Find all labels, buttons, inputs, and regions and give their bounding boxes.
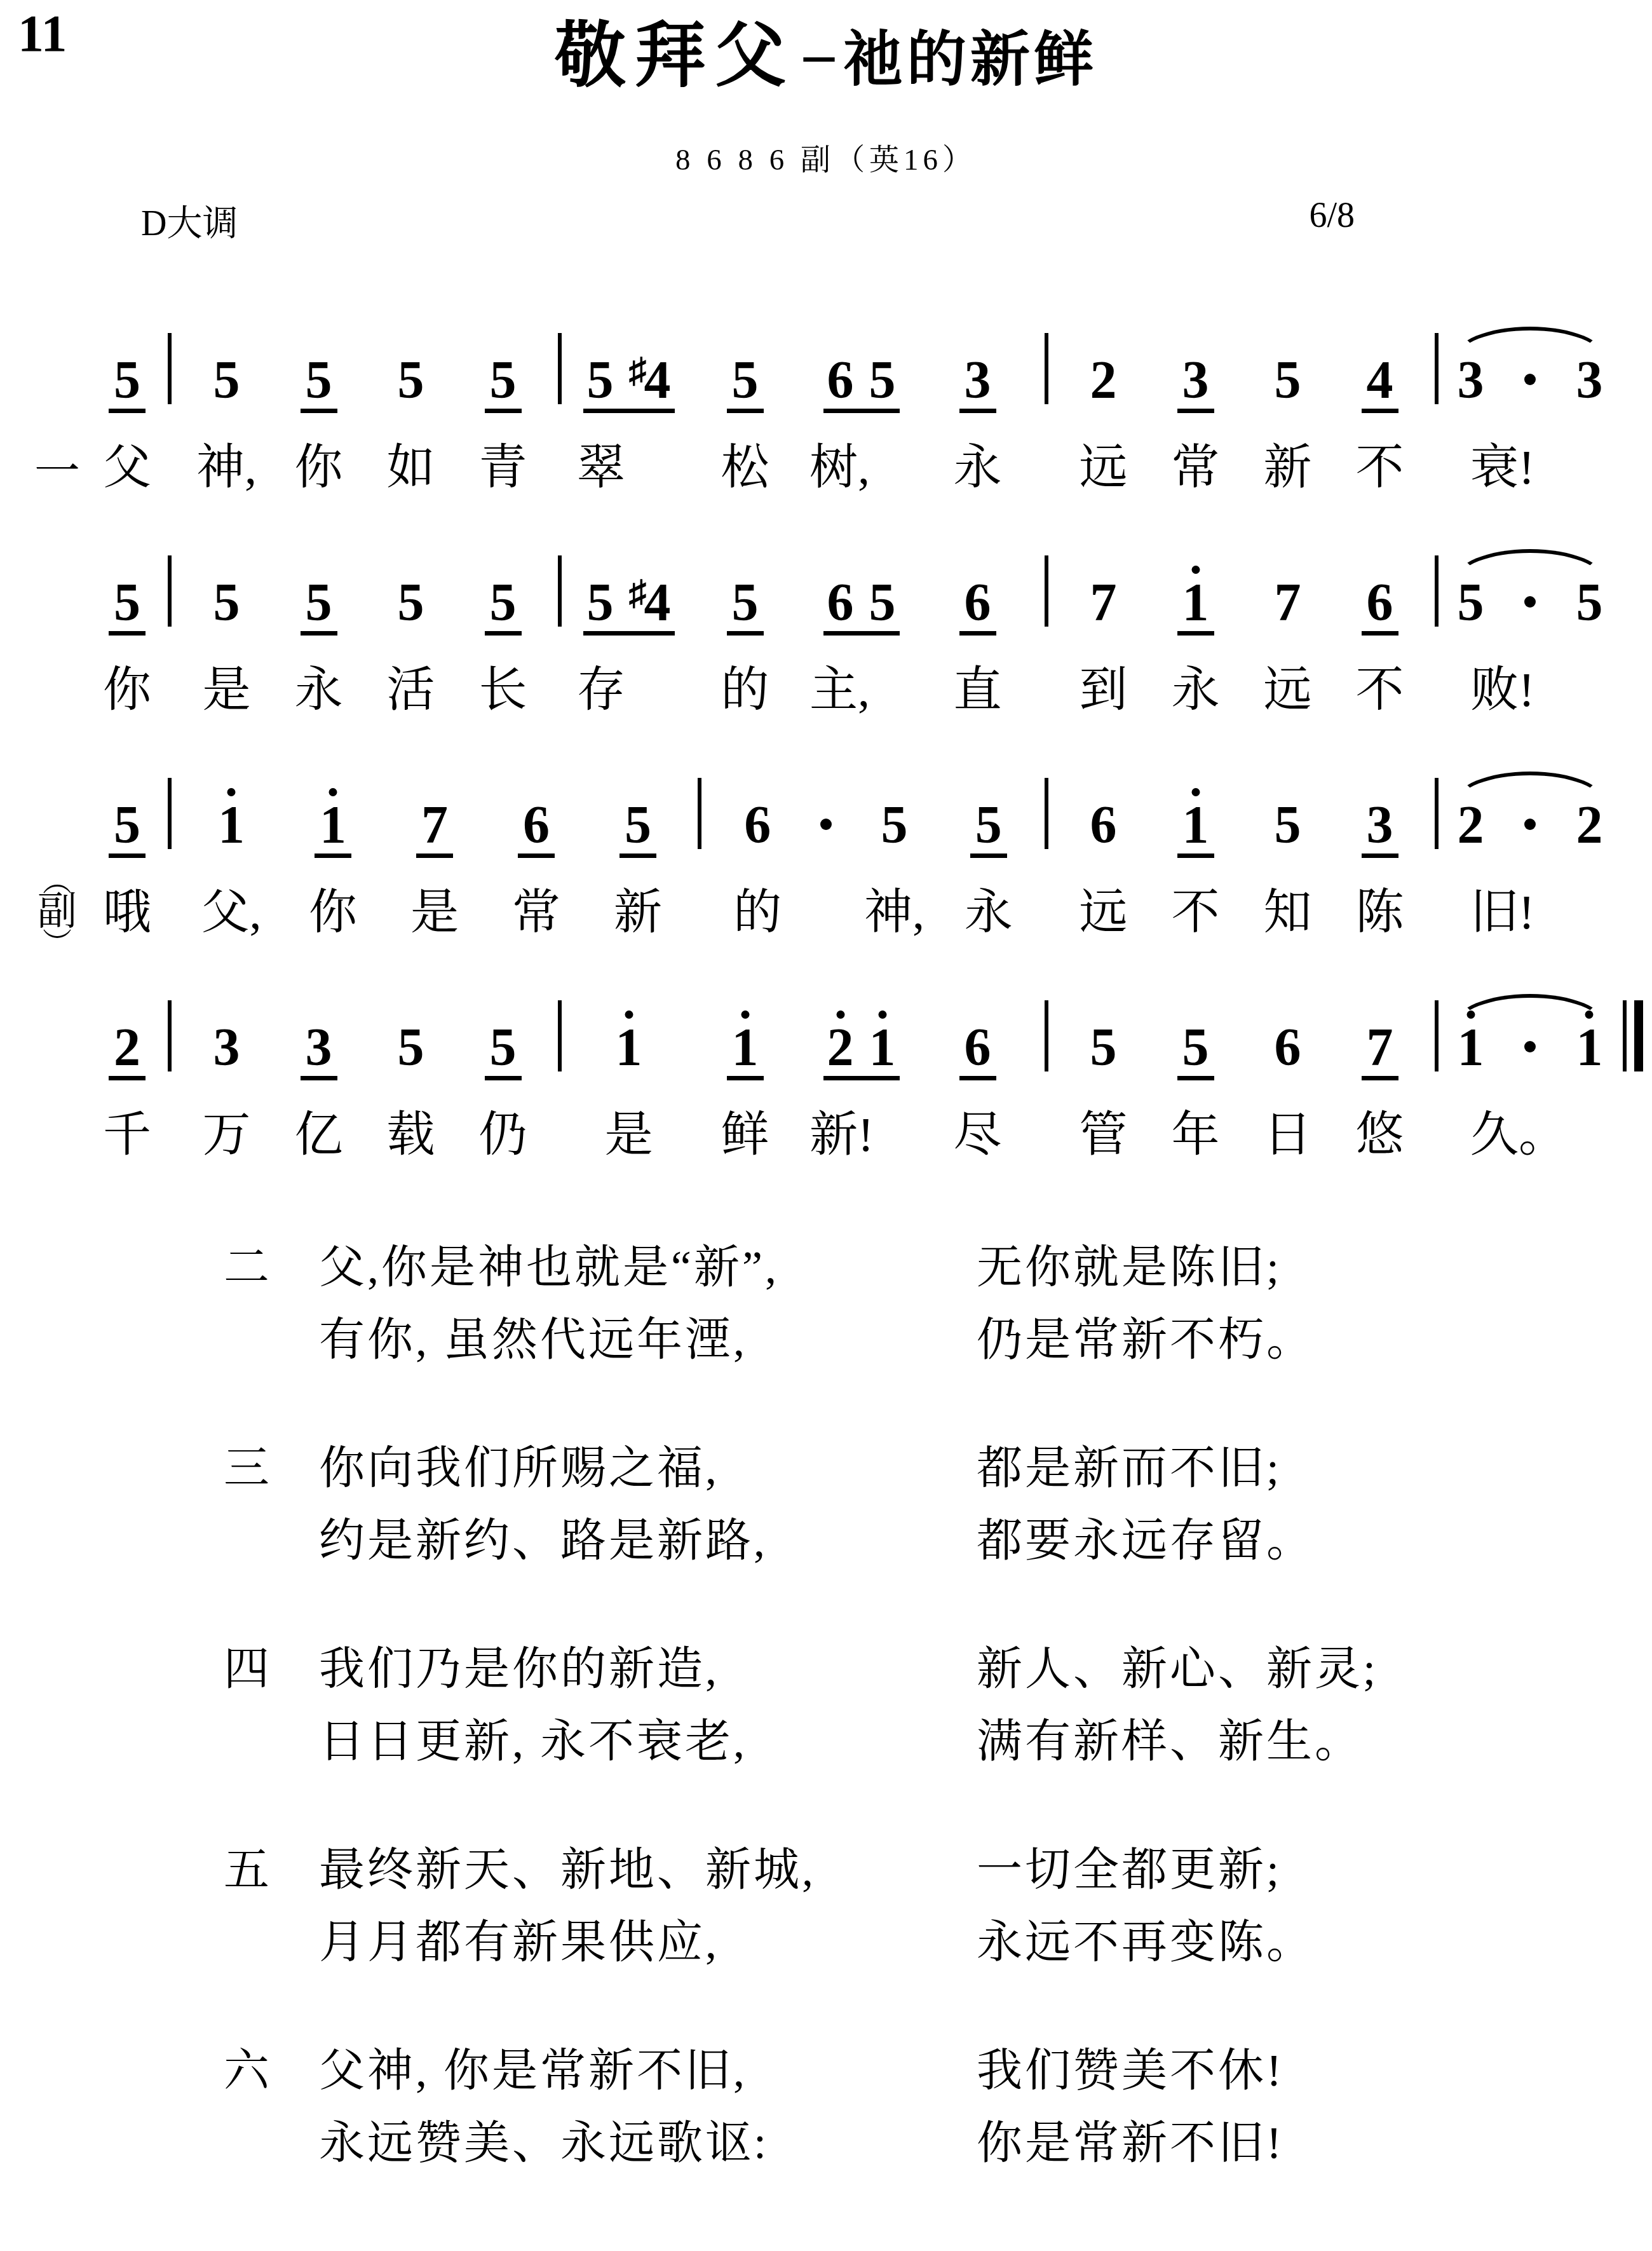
verse-text-left: 你向我们所赐之福, bbox=[319, 1432, 977, 1504]
barline bbox=[1045, 333, 1048, 404]
note-digit: ♯4 bbox=[629, 360, 671, 402]
lyric-syllable: 管 bbox=[1080, 1103, 1128, 1174]
hymn-number: 11 bbox=[18, 4, 67, 64]
tie-arc: 55 bbox=[1451, 582, 1609, 624]
final-barline bbox=[1613, 945, 1652, 1174]
measure: 7到1永7远6不 bbox=[1057, 500, 1426, 730]
verse: 五最终新天、新地、新城,一切全都更新;月月都有新果供应,永远不再变陈。 bbox=[224, 1833, 1652, 1978]
note-digit: 1 bbox=[1576, 1027, 1602, 1069]
note-column: 6的 bbox=[710, 723, 804, 952]
barline-column bbox=[159, 723, 180, 952]
note-column: 5父 bbox=[95, 278, 159, 507]
barline bbox=[168, 778, 172, 849]
key-signature: D大调 bbox=[141, 195, 238, 246]
lyric-syllable: 如 bbox=[387, 436, 435, 507]
beamed-note-group: 5♯4存 bbox=[571, 500, 687, 730]
note-column: 5仍 bbox=[457, 945, 549, 1174]
verse-text-right: 永远不再变陈。 bbox=[977, 1906, 1315, 1978]
barline-column bbox=[1036, 723, 1057, 952]
lyric-syllable: 知 bbox=[1264, 881, 1312, 952]
note-column: 5哦 bbox=[95, 723, 159, 952]
note-column: 5青 bbox=[457, 278, 549, 507]
note-digit: 7 bbox=[1367, 1027, 1393, 1069]
note-column: 5管 bbox=[1057, 945, 1149, 1174]
note-column: 5如 bbox=[365, 278, 457, 507]
note-column: 2远 bbox=[1057, 278, 1149, 507]
barline-column bbox=[1426, 945, 1447, 1174]
lyric-syllable: 是 bbox=[605, 1103, 653, 1174]
verse-line: 三你向我们所赐之福,都是新而不旧; bbox=[224, 1432, 1652, 1504]
note-digit: 5 bbox=[213, 360, 240, 402]
note-digit: 5 bbox=[869, 582, 896, 624]
lyric-syllable: 千 bbox=[103, 1103, 151, 1174]
note-digit: 7 bbox=[1090, 582, 1117, 624]
lyric-syllable: 永 bbox=[954, 436, 1002, 507]
note-digit: 5 bbox=[1090, 1027, 1117, 1069]
augmentation-dot bbox=[1524, 596, 1536, 608]
note-column: 6远 bbox=[1057, 723, 1149, 952]
note-column: 7到 bbox=[1057, 500, 1149, 730]
barline bbox=[168, 1000, 172, 1071]
barline bbox=[1435, 333, 1439, 404]
note-digit: 3 bbox=[1367, 805, 1393, 847]
note-column: 1是 bbox=[571, 945, 687, 1174]
note-digit: 1 bbox=[218, 805, 245, 847]
note-digit: 1 bbox=[869, 1027, 896, 1069]
tie-arc: 22 bbox=[1451, 805, 1609, 847]
note-column: 3亿 bbox=[273, 945, 365, 1174]
vertical-paren-open-icon: ︵ bbox=[43, 871, 72, 892]
note-digit: 3 bbox=[306, 1027, 332, 1069]
lyric-syllable: 旧! bbox=[1447, 881, 1534, 952]
verse: 四我们乃是你的新造,新人、新心、新灵;日日更新, 永不衰老,满有新样、新生。 bbox=[224, 1633, 1652, 1778]
verse-text-left: 永远赞美、永远歌讴: bbox=[319, 2107, 977, 2179]
note-digit: 3 bbox=[1458, 360, 1484, 402]
note-digit: 7 bbox=[1275, 582, 1301, 624]
verse-text-right: 新人、新心、新灵; bbox=[977, 1633, 1378, 1705]
note-digit: 5 bbox=[398, 582, 424, 624]
lyric-syllable: 父, bbox=[201, 881, 262, 952]
barline-column bbox=[549, 500, 571, 730]
key-row: D大调 6/8 bbox=[0, 179, 1652, 246]
lyric-syllable: 万 bbox=[203, 1103, 251, 1174]
barline-column bbox=[549, 278, 571, 507]
barline bbox=[1435, 555, 1439, 627]
note-column: 5是 bbox=[180, 500, 273, 730]
note-digit: 6 bbox=[744, 805, 771, 847]
lyric-syllable: 永 bbox=[295, 658, 343, 730]
note-column: 6尽 bbox=[919, 945, 1036, 1174]
verse: 六父神, 你是常新不旧,我们赞美不休!永远赞美、永远歌讴:你是常新不旧! bbox=[224, 2034, 1652, 2179]
barline bbox=[168, 555, 172, 627]
music-notation: 一5父5神,5你5如5青5♯4翠5松65树,3永2远3常5新4不33衰!5你5是… bbox=[0, 246, 1652, 1167]
verse-line: 五最终新天、新地、新城,一切全都更新; bbox=[224, 1833, 1652, 1906]
chorus-marker: ︵副︶ bbox=[37, 871, 77, 953]
note-digit: 5 bbox=[306, 582, 332, 624]
verse: 二父,你是神也就是“新”,无你就是陈旧;有你, 虽然代远年湮,仍是常新不朽。 bbox=[224, 1231, 1652, 1376]
verse-text-right: 满有新样、新生。 bbox=[977, 1705, 1363, 1778]
lyric-syllable: 陈 bbox=[1356, 881, 1404, 952]
verse-number: 六 bbox=[224, 2034, 319, 2107]
verse-text-right: 仍是常新不朽。 bbox=[977, 1303, 1315, 1376]
measure: 11久。 bbox=[1447, 945, 1613, 1174]
lyric-syllable: 父 bbox=[103, 436, 151, 507]
note-column: 5知 bbox=[1242, 723, 1334, 952]
barline-column bbox=[1426, 500, 1447, 730]
barline-column bbox=[1426, 723, 1447, 952]
verse-text-left: 我们乃是你的新造, bbox=[319, 1633, 977, 1705]
page-title: 敬拜父–祂的新鲜 bbox=[0, 9, 1652, 121]
augmentation-dot bbox=[1524, 1041, 1536, 1052]
lyric-syllable: 亿 bbox=[295, 1103, 343, 1174]
lyric-syllable: 直 bbox=[954, 658, 1002, 730]
lyric-syllable: 翠 bbox=[571, 436, 625, 507]
lyric-syllable: 远 bbox=[1264, 658, 1312, 730]
lyric-syllable: 不 bbox=[1356, 436, 1404, 507]
note-digit: 5 bbox=[587, 360, 614, 402]
lyric-syllable: 仍 bbox=[479, 1103, 527, 1174]
measure: 5神,5你5如5青 bbox=[180, 278, 549, 507]
stanza-marker-label: ︵副︶ bbox=[37, 881, 77, 952]
note-column: 3永 bbox=[919, 278, 1036, 507]
barline-column bbox=[159, 500, 180, 730]
lyric-syllable: 新 bbox=[614, 881, 662, 952]
lyric-syllable: 尽 bbox=[954, 1103, 1002, 1174]
note-column: 5长 bbox=[457, 500, 549, 730]
note-column: 5的 bbox=[687, 500, 803, 730]
note-digit: 5 bbox=[398, 1027, 424, 1069]
measure: 5♯4存5的65主,6直 bbox=[571, 500, 1036, 730]
note-column: 1父, bbox=[180, 723, 282, 952]
note-digit: 6 bbox=[1090, 805, 1117, 847]
music-system: ︵副︶5哦1父,1你7是6常5新6的5神,5永6远1不5知3陈22旧! bbox=[19, 723, 1652, 945]
measure: 5是5永5活5长 bbox=[180, 500, 549, 730]
final-barline-thick bbox=[1634, 1000, 1643, 1071]
time-signature: 6/8 bbox=[1309, 195, 1355, 246]
lyric-syllable: 常 bbox=[512, 881, 560, 952]
note-digit: 5 bbox=[1275, 805, 1301, 847]
barline bbox=[1435, 1000, 1439, 1071]
verse-text-left: 日日更新, 永不衰老, bbox=[319, 1705, 977, 1778]
note-digit: 3 bbox=[213, 1027, 240, 1069]
barline-column bbox=[1426, 278, 1447, 507]
stanza-marker bbox=[19, 945, 95, 1174]
augmentation-dot bbox=[1524, 374, 1536, 385]
note-column: 5活 bbox=[365, 500, 457, 730]
note-digit: 1 bbox=[1458, 1027, 1484, 1069]
verse-line: 六父神, 你是常新不旧,我们赞美不休! bbox=[224, 2034, 1652, 2107]
verse-text-left: 约是新约、路是新路, bbox=[319, 1504, 977, 1577]
stanza-marker: 一 bbox=[19, 278, 95, 507]
barline-column bbox=[549, 945, 571, 1174]
barline-column bbox=[1036, 945, 1057, 1174]
note-digit: 5 bbox=[490, 1027, 517, 1069]
note-digit: 6 bbox=[1275, 1027, 1301, 1069]
lyric-syllable: 你 bbox=[103, 658, 151, 730]
note-column: 5永 bbox=[273, 500, 365, 730]
lyric-syllable: 日 bbox=[1264, 1103, 1312, 1174]
meter-line: 8 6 8 6 副（英16） bbox=[0, 136, 1652, 179]
note-column: 6常 bbox=[485, 723, 587, 952]
note-digit: 6 bbox=[523, 805, 550, 847]
note-column: 2千 bbox=[95, 945, 159, 1174]
verse-text-right: 你是常新不旧! bbox=[977, 2107, 1284, 2179]
note-column: 3常 bbox=[1149, 278, 1242, 507]
stanza-marker: ︵副︶ bbox=[19, 723, 95, 952]
lyric-syllable: 败! bbox=[1447, 658, 1534, 730]
measure: 5父 bbox=[95, 278, 159, 507]
note-column: 6日 bbox=[1242, 945, 1334, 1174]
note-digit: 5 bbox=[306, 360, 332, 402]
note-column: 5载 bbox=[365, 945, 457, 1174]
barline-column bbox=[1036, 278, 1057, 507]
note-digit: 5 bbox=[1576, 582, 1602, 624]
barline bbox=[558, 1000, 562, 1071]
lyric-syllable: 松 bbox=[721, 436, 769, 507]
barline-column bbox=[159, 278, 180, 507]
verse-number bbox=[224, 1303, 319, 1376]
note-digit: 5 bbox=[625, 805, 651, 847]
barline bbox=[1045, 1000, 1048, 1071]
verse-text-left: 月月都有新果供应, bbox=[319, 1906, 977, 1978]
augmentation-dot bbox=[820, 819, 832, 830]
verses: 二父,你是神也就是“新”,无你就是陈旧;有你, 虽然代远年湮,仍是常新不朽。三你… bbox=[0, 1167, 1652, 2179]
lyric-syllable: 鲜 bbox=[721, 1103, 769, 1174]
lyric-syllable: 不 bbox=[1172, 881, 1220, 952]
note-column: 5年 bbox=[1149, 945, 1242, 1174]
barline bbox=[1435, 778, 1439, 849]
beamed-note-group: 21新! bbox=[803, 945, 919, 1174]
measure: 1父,1你7是6常5新 bbox=[180, 723, 689, 952]
tied-note-group: 33衰! bbox=[1447, 278, 1613, 507]
lyric-syllable: 远 bbox=[1080, 436, 1128, 507]
augmentation-dot bbox=[1524, 819, 1536, 830]
note-digit: ♯4 bbox=[629, 582, 671, 624]
verse-line: 二父,你是神也就是“新”,无你就是陈旧; bbox=[224, 1231, 1652, 1303]
barline bbox=[1045, 778, 1048, 849]
verse-text-left: 最终新天、新地、新城, bbox=[319, 1833, 977, 1906]
lyric-syllable: 树, bbox=[803, 436, 870, 507]
note-column: 5你 bbox=[273, 278, 365, 507]
measure: 3万3亿5载5仍 bbox=[180, 945, 549, 1174]
note-column: 5你 bbox=[95, 500, 159, 730]
note-digit: 5 bbox=[114, 582, 140, 624]
lyric-syllable: 不 bbox=[1356, 658, 1404, 730]
note-digit: 5 bbox=[490, 582, 517, 624]
augmentation-dot-cell bbox=[804, 723, 847, 952]
note-column: 6不 bbox=[1334, 500, 1426, 730]
note-column: 4不 bbox=[1334, 278, 1426, 507]
note-digit: 2 bbox=[114, 1027, 140, 1069]
barline-column bbox=[159, 945, 180, 1174]
verse-number bbox=[224, 1504, 319, 1577]
note-digit: 6 bbox=[827, 360, 854, 402]
beamed-note-group: 65树, bbox=[803, 278, 919, 507]
verse-number: 五 bbox=[224, 1833, 319, 1906]
note-column: 5神, bbox=[847, 723, 941, 952]
verse-number bbox=[224, 2107, 319, 2179]
verse-line: 永远赞美、永远歌讴:你是常新不旧! bbox=[224, 2107, 1652, 2179]
note-digit: 6 bbox=[965, 582, 991, 624]
measure: 1是1鲜21新!6尽 bbox=[571, 945, 1036, 1174]
note-digit: 5 bbox=[490, 360, 517, 402]
note-digit: 4 bbox=[1367, 360, 1393, 402]
lyric-syllable: 到 bbox=[1080, 658, 1128, 730]
barline bbox=[558, 333, 562, 404]
lyric-syllable: 永 bbox=[1172, 658, 1220, 730]
verse-text-left: 父,你是神也就是“新”, bbox=[319, 1231, 977, 1303]
lyric-syllable: 你 bbox=[295, 436, 343, 507]
note-digit: 2 bbox=[1090, 360, 1117, 402]
note-digit: 5 bbox=[1182, 1027, 1209, 1069]
verse-number bbox=[224, 1906, 319, 1978]
tie-arc: 11 bbox=[1451, 1027, 1609, 1069]
note-digit: 5 bbox=[1275, 360, 1301, 402]
lyric-syllable: 神, bbox=[864, 881, 924, 952]
lyric-syllable: 新 bbox=[1264, 436, 1312, 507]
title-dash: – bbox=[804, 19, 834, 87]
note-digit: 3 bbox=[1182, 360, 1209, 402]
note-digit: 5 bbox=[114, 805, 140, 847]
note-digit: 2 bbox=[1458, 805, 1484, 847]
note-digit: 1 bbox=[320, 805, 346, 847]
note-digit: 5 bbox=[1458, 582, 1484, 624]
note-digit: 5 bbox=[881, 805, 907, 847]
note-digit: 2 bbox=[1576, 805, 1602, 847]
lyric-syllable: 常 bbox=[1172, 436, 1220, 507]
verse: 三你向我们所赐之福,都是新而不旧;约是新约、路是新路,都要永远存留。 bbox=[224, 1432, 1652, 1577]
verse-line: 月月都有新果供应,永远不再变陈。 bbox=[224, 1906, 1652, 1978]
barline bbox=[698, 778, 701, 849]
lyric-syllable: 是 bbox=[410, 881, 459, 952]
note-column: 5神, bbox=[180, 278, 273, 507]
note-column: 1不 bbox=[1149, 723, 1242, 952]
measure: 22旧! bbox=[1447, 723, 1613, 952]
lyric-syllable: 的 bbox=[733, 881, 782, 952]
verse-number bbox=[224, 1705, 319, 1778]
verse-text-right: 无你就是陈旧; bbox=[977, 1231, 1282, 1303]
measure: 6的5神,5永 bbox=[710, 723, 1036, 952]
note-column: 3陈 bbox=[1334, 723, 1426, 952]
note-column: 5松 bbox=[687, 278, 803, 507]
verse-line: 四我们乃是你的新造,新人、新心、新灵; bbox=[224, 1633, 1652, 1705]
measure: 2远3常5新4不 bbox=[1057, 278, 1426, 507]
note-digit: 5 bbox=[114, 360, 140, 402]
lyric-syllable: 神, bbox=[196, 436, 257, 507]
lyric-syllable: 活 bbox=[387, 658, 435, 730]
lyric-syllable: 新! bbox=[803, 1103, 874, 1174]
stanza-marker bbox=[19, 500, 95, 730]
verse-line: 有你, 虽然代远年湮,仍是常新不朽。 bbox=[224, 1303, 1652, 1376]
note-column: 5新 bbox=[1242, 278, 1334, 507]
verse-number: 三 bbox=[224, 1432, 319, 1504]
note-column: 6直 bbox=[919, 500, 1036, 730]
barline bbox=[558, 555, 562, 627]
note-digit: 3 bbox=[1576, 360, 1602, 402]
lyric-syllable: 的 bbox=[721, 658, 769, 730]
stanza-marker-label: 一 bbox=[34, 436, 80, 507]
verse-text-right: 都是新而不旧; bbox=[977, 1432, 1282, 1504]
lyric-syllable: 青 bbox=[479, 436, 527, 507]
sharp-icon: ♯ bbox=[629, 574, 647, 613]
tied-note-group: 22旧! bbox=[1447, 723, 1613, 952]
header: 敬拜父–祂的新鲜 8 6 8 6 副（英16） D大调 6/8 bbox=[0, 0, 1652, 246]
note-column: 7是 bbox=[384, 723, 485, 952]
lyric-syllable: 你 bbox=[309, 881, 357, 952]
beamed-note-group: 5♯4翠 bbox=[571, 278, 687, 507]
verse-text-left: 有你, 虽然代远年湮, bbox=[319, 1303, 977, 1376]
note-digit: 2 bbox=[827, 1027, 854, 1069]
lyric-syllable: 载 bbox=[387, 1103, 435, 1174]
note-column: 7远 bbox=[1242, 500, 1334, 730]
note-digit: 6 bbox=[1367, 582, 1393, 624]
note-column: 5新 bbox=[587, 723, 689, 952]
title-main: 敬拜父 bbox=[555, 17, 795, 96]
note-digit: 5 bbox=[213, 582, 240, 624]
barline-column bbox=[689, 723, 710, 952]
beamed-note-group: 65主, bbox=[803, 500, 919, 730]
note-digit: 1 bbox=[1182, 582, 1209, 624]
verse-text-right: 都要永远存留。 bbox=[977, 1504, 1315, 1577]
verse-text-right: 一切全都更新; bbox=[977, 1833, 1282, 1906]
note-column: 5永 bbox=[942, 723, 1036, 952]
music-system: 5你5是5永5活5长5♯4存5的65主,6直7到1永7远6不55败! bbox=[19, 500, 1652, 723]
lyric-syllable: 哦 bbox=[103, 881, 151, 952]
note-digit: 7 bbox=[421, 805, 448, 847]
hymn-page: 11 敬拜父–祂的新鲜 8 6 8 6 副（英16） D大调 6/8 一5父5神… bbox=[0, 0, 1652, 2251]
note-column: 7悠 bbox=[1334, 945, 1426, 1174]
verse-line: 约是新约、路是新路,都要永远存留。 bbox=[224, 1504, 1652, 1577]
measure: 5哦 bbox=[95, 723, 159, 952]
lyric-syllable: 悠 bbox=[1356, 1103, 1404, 1174]
tie-arc: 33 bbox=[1451, 360, 1609, 402]
note-digit: 5 bbox=[869, 360, 896, 402]
lyric-syllable: 远 bbox=[1080, 881, 1128, 952]
lyric-syllable: 久。 bbox=[1447, 1103, 1567, 1174]
verse-number: 四 bbox=[224, 1633, 319, 1705]
note-digit: 5 bbox=[587, 582, 614, 624]
note-digit: 6 bbox=[965, 1027, 991, 1069]
note-digit: 5 bbox=[975, 805, 1002, 847]
music-system: 一5父5神,5你5如5青5♯4翠5松65树,3永2远3常5新4不33衰! bbox=[19, 278, 1652, 500]
note-digit: 3 bbox=[965, 360, 991, 402]
note-digit: 1 bbox=[732, 1027, 759, 1069]
lyric-syllable: 衰! bbox=[1447, 436, 1534, 507]
measure: 5管5年6日7悠 bbox=[1057, 945, 1426, 1174]
sharp-icon: ♯ bbox=[629, 351, 647, 391]
measure: 2千 bbox=[95, 945, 159, 1174]
lyric-syllable: 长 bbox=[479, 658, 527, 730]
measure: 5你 bbox=[95, 500, 159, 730]
note-column: 1鲜 bbox=[687, 945, 803, 1174]
measure: 5♯4翠5松65树,3永 bbox=[571, 278, 1036, 507]
final-barline-thin bbox=[1623, 1000, 1627, 1071]
lyric-syllable: 是 bbox=[203, 658, 251, 730]
barline-column bbox=[1036, 500, 1057, 730]
music-system: 2千3万3亿5载5仍1是1鲜21新!6尽5管5年6日7悠11久。 bbox=[19, 945, 1652, 1167]
lyric-syllable: 年 bbox=[1172, 1103, 1220, 1174]
measure: 55败! bbox=[1447, 500, 1613, 730]
note-digit: 5 bbox=[732, 360, 759, 402]
measure: 6远1不5知3陈 bbox=[1057, 723, 1426, 952]
verse-text-left: 父神, 你是常新不旧, bbox=[319, 2034, 977, 2107]
note-digit: 5 bbox=[398, 360, 424, 402]
title-subtitle: 祂的新鲜 bbox=[843, 27, 1097, 93]
note-digit: 5 bbox=[732, 582, 759, 624]
measure: 33衰! bbox=[1447, 278, 1613, 507]
verse-number: 二 bbox=[224, 1231, 319, 1303]
lyric-syllable: 存 bbox=[571, 658, 625, 730]
